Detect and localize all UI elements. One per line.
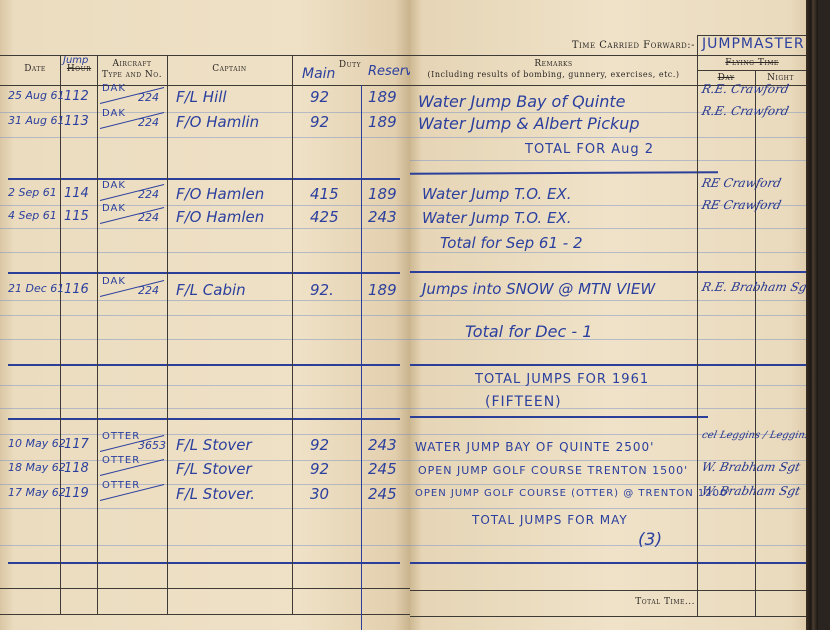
jumpmaster-signature: W. Brabham Sgt — [701, 484, 802, 498]
header-duty: Duty — [330, 60, 370, 70]
ruled-line — [0, 408, 410, 409]
jumpmaster-signature: R.E. Crawford — [701, 82, 791, 96]
entry-jump-number: 117 — [64, 437, 89, 452]
jumpmaster-signature: R.E. Crawford — [701, 104, 791, 118]
ruled-line — [410, 137, 818, 138]
entry-captain: F/L Stover — [176, 460, 252, 478]
remark-line: OPEN JUMP GOLF COURSE (OTTER) @ TRENTON … — [415, 488, 731, 499]
entry-date: 4 Sep 61 — [8, 209, 57, 222]
entry-aircraft-type: OTTER — [102, 480, 140, 491]
entry-main-canopy: 92 — [310, 113, 329, 131]
remark-line: Water Jump T.O. EX. — [422, 209, 572, 227]
entry-main-canopy: 30 — [310, 485, 329, 503]
entry-jump-number: 114 — [64, 186, 89, 201]
flying-time-rule — [697, 70, 806, 71]
remark-line: Water Jump Bay of Quinte — [418, 92, 626, 111]
header-date: Date — [10, 64, 60, 74]
remark-line: (FIFTEEN) — [485, 394, 562, 410]
jumpmaster-signature: cel Leggins / Leggins Cpl — [701, 430, 818, 441]
remark-line: WATER JUMP BAY OF QUINTE 2500' — [415, 440, 654, 454]
column-divider — [697, 35, 698, 616]
section-divider — [8, 178, 400, 180]
section-divider — [8, 418, 400, 420]
ruled-line — [410, 545, 818, 546]
header-aircraft: Aircraft — [97, 59, 167, 69]
entry-reserve-canopy: 189 — [368, 113, 397, 131]
entry-main-canopy: 92. — [310, 281, 334, 299]
entry-main-canopy: 92 — [310, 460, 329, 478]
section-divider — [410, 416, 708, 418]
entry-aircraft-type: DAK — [102, 180, 126, 191]
entry-jump-number: 116 — [64, 282, 89, 297]
entry-captain: F/L Stover. — [176, 485, 255, 503]
entry-jump-number: 119 — [64, 486, 89, 501]
entry-aircraft-type: DAK — [102, 203, 126, 214]
entry-reserve-canopy: 243 — [368, 436, 397, 454]
column-divider — [755, 70, 756, 616]
header-aircraft-sub: Type and No. — [97, 70, 167, 80]
entry-reserve-canopy: 245 — [368, 485, 397, 503]
entry-aircraft-type: DAK — [102, 276, 126, 287]
header-bottom-rule — [0, 85, 410, 86]
entry-aircraft-type: OTTER — [102, 431, 140, 442]
header-captain: Captain — [167, 64, 292, 74]
duty-split-line — [361, 85, 362, 630]
entry-captain: F/O Hamlen — [176, 185, 264, 203]
entry-date: 17 May 62 — [8, 486, 66, 499]
header-hour-struck: Hour — [61, 64, 97, 74]
entry-reserve-canopy: 243 — [368, 208, 397, 226]
ruled-line — [410, 228, 818, 229]
jumpmaster-signature: W. Brabham Sgt — [701, 460, 802, 474]
entry-captain: F/O Hamlen — [176, 208, 264, 226]
ruled-line — [410, 252, 818, 253]
entry-reserve-canopy: 189 — [368, 88, 397, 106]
time-carried-forward: Time Carried Forward:- — [530, 40, 695, 51]
section-divider — [410, 364, 806, 366]
ruled-line — [0, 339, 410, 340]
header-flying-time-struck: Flying Time — [697, 58, 807, 68]
entry-aircraft-type: DAK — [102, 108, 126, 119]
bottom-rule — [0, 614, 410, 615]
ruled-line — [0, 315, 410, 316]
header-top-rule — [410, 55, 818, 56]
ruled-line — [410, 300, 818, 301]
ruled-line — [410, 408, 818, 409]
entry-captain: F/L Stover — [176, 436, 252, 454]
ruled-line — [0, 300, 410, 301]
section-divider — [410, 171, 718, 175]
entry-jump-number: 115 — [64, 209, 89, 224]
entry-date: 18 May 62 — [8, 461, 66, 474]
header-top-rule — [0, 55, 410, 56]
column-divider — [292, 55, 293, 614]
bottom-rule — [410, 616, 818, 617]
ruled-line — [0, 508, 410, 509]
entry-date: 2 Sep 61 — [8, 186, 57, 199]
entry-aircraft-type: DAK — [102, 83, 126, 94]
remark-line: TOTAL FOR Aug 2 — [525, 142, 654, 157]
column-divider — [97, 55, 98, 614]
entry-date: 21 Dec 61 — [8, 282, 64, 295]
entry-jump-number: 112 — [64, 89, 89, 104]
section-divider — [410, 271, 806, 273]
ruled-line — [0, 545, 410, 546]
logbook-left-page: Date Jump Hour Aircraft Type and No. Cap… — [0, 0, 410, 630]
remark-line: Total for Dec - 1 — [465, 322, 592, 341]
header-main-handwritten: Main — [302, 66, 335, 82]
remark-line: (3) — [638, 530, 662, 550]
jumpmaster-handwritten: JUMPMASTER — [702, 36, 805, 52]
entry-jump-number: 113 — [64, 114, 89, 129]
ruled-line — [410, 160, 818, 161]
entry-captain: F/L Cabin — [176, 281, 246, 299]
section-divider — [410, 562, 806, 564]
total-time-label: Total Time... — [560, 597, 695, 607]
entry-main-canopy: 92 — [310, 436, 329, 454]
entry-date: 25 Aug 61 — [8, 89, 64, 102]
remark-line: Total for Sep 61 - 2 — [440, 234, 583, 252]
entry-date: 10 May 62 — [8, 437, 66, 450]
remark-line: Jumps into SNOW @ MTN VIEW — [422, 280, 655, 298]
section-divider — [8, 272, 400, 274]
ruled-line — [0, 228, 410, 229]
jumpmaster-signature: RE Crawford — [701, 176, 783, 190]
header-reserve-handwritten: Reserve — [368, 64, 410, 79]
remark-line: Water Jump & Albert Pickup — [418, 114, 640, 133]
ruled-line — [0, 434, 410, 435]
remark-line: TOTAL JUMPS FOR MAY — [472, 513, 628, 527]
book-edge — [806, 0, 818, 630]
entry-main-canopy: 415 — [310, 185, 339, 203]
entry-reserve-canopy: 189 — [368, 185, 397, 203]
logbook-right-page: Time Carried Forward:- JUMPMASTER Remark… — [410, 0, 818, 630]
header-remarks-sub: (Including results of bombing, gunnery, … — [410, 70, 697, 79]
ruled-line — [0, 205, 410, 206]
ruled-line — [0, 137, 410, 138]
entry-main-canopy: 92 — [310, 88, 329, 106]
ruled-line — [0, 385, 410, 386]
jumpmaster-signature: RE Crawford — [701, 198, 783, 212]
remark-line: TOTAL JUMPS FOR 1961 — [475, 372, 649, 387]
entry-aircraft-type: OTTER — [102, 455, 140, 466]
section-divider — [8, 364, 400, 366]
ruled-line — [0, 252, 410, 253]
entry-reserve-canopy: 189 — [368, 281, 397, 299]
ruled-line — [410, 508, 818, 509]
entry-captain: F/L Hill — [176, 88, 227, 106]
section-divider — [8, 562, 400, 564]
total-rule — [410, 590, 818, 591]
remark-line: Water Jump T.O. EX. — [422, 185, 572, 203]
total-rule — [0, 588, 410, 589]
entry-date: 31 Aug 61 — [8, 114, 64, 127]
header-remarks: Remarks — [410, 59, 697, 69]
remark-line: OPEN JUMP GOLF COURSE TRENTON 1500' — [418, 464, 688, 477]
column-divider — [60, 55, 61, 614]
entry-jump-number: 118 — [64, 461, 89, 476]
entry-reserve-canopy: 245 — [368, 460, 397, 478]
ruled-line — [410, 315, 818, 316]
column-divider — [167, 55, 168, 614]
jumpmaster-signature: R.E. Brabham Sgt — [701, 280, 813, 294]
entry-main-canopy: 425 — [310, 208, 339, 226]
entry-captain: F/O Hamlin — [176, 113, 259, 131]
